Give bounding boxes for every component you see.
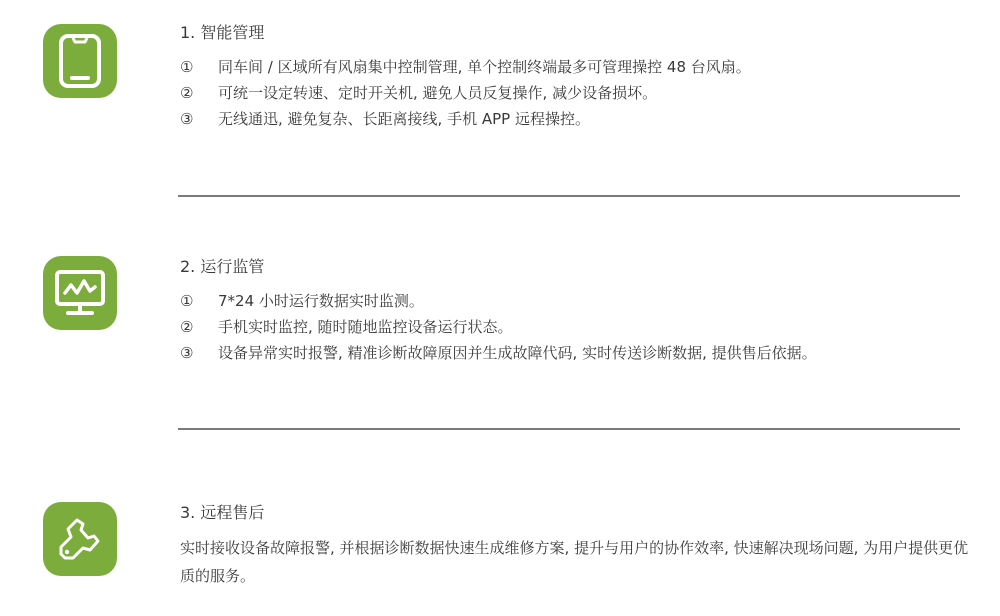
item-text: 设备异常实时报警, 精准诊断故障原因并生成故障代码, 实时传送诊断数据, 提供售… — [218, 340, 817, 366]
item-text: 手机实时监控, 随时随地监控设备运行状态。 — [218, 314, 513, 340]
wrench-icon — [55, 514, 105, 564]
smartphone-icon-badge — [43, 24, 117, 98]
section-title: 3. 远程售后 — [180, 502, 970, 524]
section-paragraph: 实时接收设备故障报警, 并根据诊断数据快速生成维修方案, 提升与用户的协作效率,… — [180, 534, 970, 590]
item-number: ① — [180, 288, 218, 314]
item-number: ② — [180, 314, 218, 340]
section-divider — [178, 195, 960, 197]
item-number: ③ — [180, 340, 218, 366]
section-title: 1. 智能管理 — [180, 22, 970, 44]
section-divider — [178, 428, 960, 430]
list-item: ③ 设备异常实时报警, 精准诊断故障原因并生成故障代码, 实时传送诊断数据, 提… — [180, 340, 970, 366]
section-title: 2. 运行监管 — [180, 256, 970, 278]
item-number: ① — [180, 54, 218, 80]
item-number: ③ — [180, 106, 218, 132]
wrench-icon-badge — [43, 502, 117, 576]
monitor-icon-badge — [43, 256, 117, 330]
list-item: ① 7*24 小时运行数据实时监测。 — [180, 288, 970, 314]
list-item: ② 可统一设定转速、定时开关机, 避免人员反复操作, 减少设备损坏。 — [180, 80, 970, 106]
item-number: ② — [180, 80, 218, 106]
list-item: ③ 无线通迅, 避免复杂、长距离接线, 手机 APP 远程操控。 — [180, 106, 970, 132]
monitor-chart-icon — [54, 269, 106, 317]
item-text: 同车间 / 区域所有风扇集中控制管理, 单个控制终端最多可管理操控 48 台风扇… — [218, 54, 751, 80]
list-item: ① 同车间 / 区域所有风扇集中控制管理, 单个控制终端最多可管理操控 48 台… — [180, 54, 970, 80]
item-text: 可统一设定转速、定时开关机, 避免人员反复操作, 减少设备损坏。 — [218, 80, 657, 106]
item-text: 7*24 小时运行数据实时监测。 — [218, 288, 424, 314]
item-text: 无线通迅, 避免复杂、长距离接线, 手机 APP 远程操控。 — [218, 106, 590, 132]
list-item: ② 手机实时监控, 随时随地监控设备运行状态。 — [180, 314, 970, 340]
smartphone-icon — [58, 33, 102, 89]
